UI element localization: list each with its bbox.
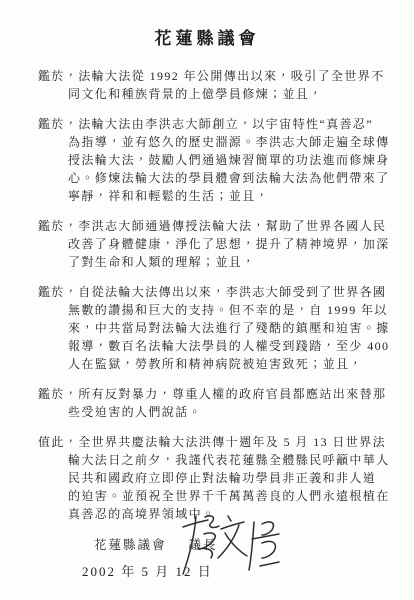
paragraph-line: 鑑於，李洪志大師通過傳授法輪大法，幫助了世界各國人民 — [38, 217, 390, 235]
paragraph-line: 心。修煉法輪大法的學員體會到法輪大法為他們帶來了 — [68, 169, 390, 187]
paragraph-line: 授法輪大法，鼓勵人們通過煉習簡單的功法進而修煉身 — [68, 151, 390, 169]
paragraph-line: 的迫害。並預祝全世界千千萬萬善良的人們永遠根植在 — [68, 487, 390, 505]
paragraph: 鑑於，自從法輪大法傳出以來，李洪志大師受到了世界各國 無數的讚揚和巨大的支持。但… — [38, 283, 390, 373]
handwritten-signature-icon — [178, 512, 283, 580]
paragraph-line: 輪大法日之前夕，我謹代表花蓮縣全體縣民呼籲中華人 — [68, 451, 390, 469]
paragraph-line: 為指導，並有悠久的歷史淵源。李洪志大師走遍全球傳 — [68, 133, 390, 151]
paragraph: 鑑於，法輪大法從 1992 年公開傳出以來，吸引了全世界不 同文化和種族背景的上… — [38, 67, 390, 103]
paragraph-line: 鑑於，自從法輪大法傳出以來，李洪志大師受到了世界各國 — [38, 283, 390, 301]
document-page: 花蓮縣議會 鑑於，法輪大法從 1992 年公開傳出以來，吸引了全世界不 同文化和… — [0, 0, 414, 600]
paragraph-line: 人在監獄，勞教所和精神病院被迫害致死；並且， — [68, 355, 390, 373]
document-title: 花蓮縣議會 — [0, 24, 414, 49]
paragraph: 值此，全世界共慶法輪大法洪傳十週年及 5 月 13 日世界法 輪大法日之前夕，我… — [38, 433, 390, 523]
paragraph-line: 寧靜，祥和和輕鬆的生活；並且， — [68, 187, 390, 205]
paragraph-line: 了對生命和人類的理解；並且， — [68, 253, 390, 271]
paragraph-line: 鑑於，法輪大法由李洪志大師創立，以宇宙特性“真善忍” — [38, 115, 390, 133]
paragraph-line: 同文化和種族背景的上億學員修煉；並且， — [68, 85, 390, 103]
paragraph-line: 鑑於，法輪大法從 1992 年公開傳出以來，吸引了全世界不 — [38, 67, 390, 85]
paragraph-line: 報導，數百名法輪大法學員的人權受到踐踏，至少 400 — [68, 337, 390, 355]
paragraph-line: 無數的讚揚和巨大的支持。但不幸的是，自 1999 年以 — [68, 301, 390, 319]
document-body: 鑑於，法輪大法從 1992 年公開傳出以來，吸引了全世界不 同文化和種族背景的上… — [38, 67, 390, 580]
paragraph: 鑑於，李洪志大師通過傳授法輪大法，幫助了世界各國人民 改善了身體健康，淨化了思想… — [38, 217, 390, 271]
paragraph: 鑑於，所有反對暴力，尊重人權的政府官員都應站出來替那 些受迫害的人們說話。 — [38, 385, 390, 421]
paragraph-line: 值此，全世界共慶法輪大法洪傳十週年及 5 月 13 日世界法 — [38, 433, 390, 451]
signature-org: 花蓮縣議會 — [94, 538, 167, 552]
paragraph: 鑑於，法輪大法由李洪志大師創立，以宇宙特性“真善忍” 為指導，並有悠久的歷史淵源… — [38, 115, 390, 205]
paragraph-line: 鑑於，所有反對暴力，尊重人權的政府官員都應站出來替那 — [38, 385, 390, 403]
paragraph-line: 些受迫害的人們說話。 — [68, 403, 390, 421]
paragraph-line: 來，中共當局對法輪大法進行了殘酷的鎮壓和迫害。據 — [68, 319, 390, 337]
paragraph-line: 改善了身體健康，淨化了思想，提升了精神境界，加深 — [68, 235, 390, 253]
paragraph-line: 民共和國政府立即停止對法輪功學員非正義和非人道 — [68, 469, 390, 487]
